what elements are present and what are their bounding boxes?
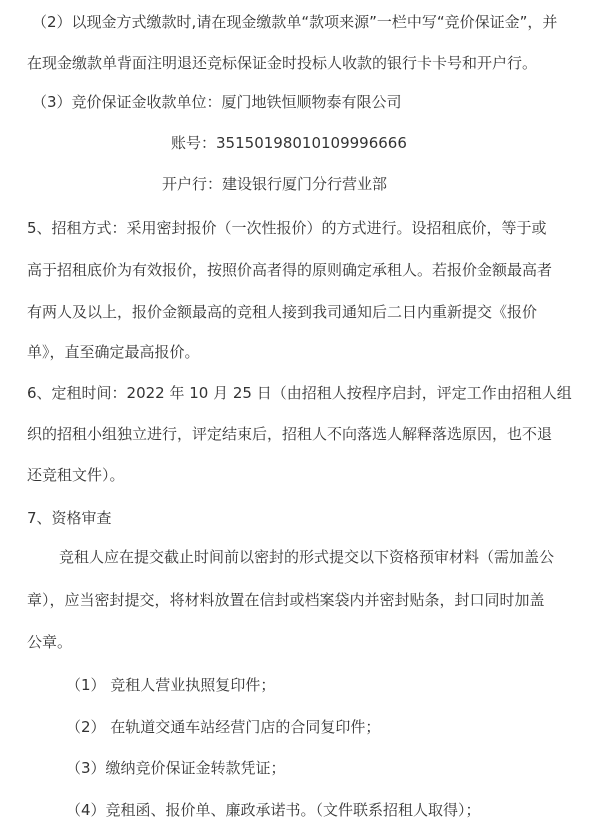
bank-label: 开户行：: [162, 175, 222, 193]
payment-item-2-line-2: 在现金缴款单背面注明退还竞标保证金时投标人收款的银行卡卡号和开户行。: [27, 53, 537, 73]
section-6-line-3: 还竞租文件）。: [27, 465, 125, 485]
account-number: 35150198010109996666: [216, 134, 407, 152]
requirement-item-1: （1） 竞租人营业执照复印件；: [66, 675, 275, 695]
section-5-line-2: 高于招租底价为有效报价，按照价高者得的原则确定承租人。若报价金额最高者: [27, 260, 552, 280]
section-7-paragraph-line-2: 章），应当密封提交，将材料放置在信封或档案袋内并密封贴条，封口同时加盖: [27, 590, 545, 610]
bank-name: 建设银行厦门分行营业部: [222, 175, 387, 193]
section-6-line-2: 织的招租小组独立进行，评定结束后，招租人不向落选人解释落选原因，也不退: [27, 424, 552, 444]
requirement-item-2: （2） 在轨道交通车站经营门店的合同复印件；: [66, 717, 380, 737]
section-7-paragraph-line-3: 公章。: [27, 632, 72, 652]
bank-row: 开户行：建设银行厦门分行营业部: [162, 174, 387, 194]
requirement-item-4: （4）竞租函、报价单、廉政承诺书。（文件联系招租人取得）；: [66, 800, 481, 820]
section-6-line-1: 6、定租时间：2022 年 10 月 25 日（由招租人按程序启封，评定工作由招…: [27, 383, 572, 403]
section-7-heading: 7、资格审查: [27, 508, 112, 528]
payment-item-2-line-1: （2）以现金方式缴款时,请在现金缴款单“款项来源”一栏中写“竞价保证金”，并: [32, 12, 557, 32]
section-5-line-4: 单》，直至确定最高报价。: [27, 342, 200, 362]
requirement-item-3: （3）缴纳竞价保证金转款凭证；: [66, 758, 286, 778]
section-5-line-1: 5、招租方式：采用密封报价（一次性报价）的方式进行。设招租底价，等于或: [27, 218, 547, 238]
section-7-paragraph-line-1: 竞租人应在提交截止时间前以密封的形式提交以下资格预审材料（需加盖公: [59, 547, 554, 567]
account-label: 账号：: [171, 134, 216, 152]
account-row: 账号：35150198010109996666: [171, 133, 407, 153]
section-5-line-3: 有两人及以上，报价金额最高的竞租人接到我司通知后二日内重新提交《报价: [27, 302, 537, 322]
payment-item-3: （3）竞价保证金收款单位：厦门地铁恒顺物泰有限公司: [32, 92, 402, 112]
